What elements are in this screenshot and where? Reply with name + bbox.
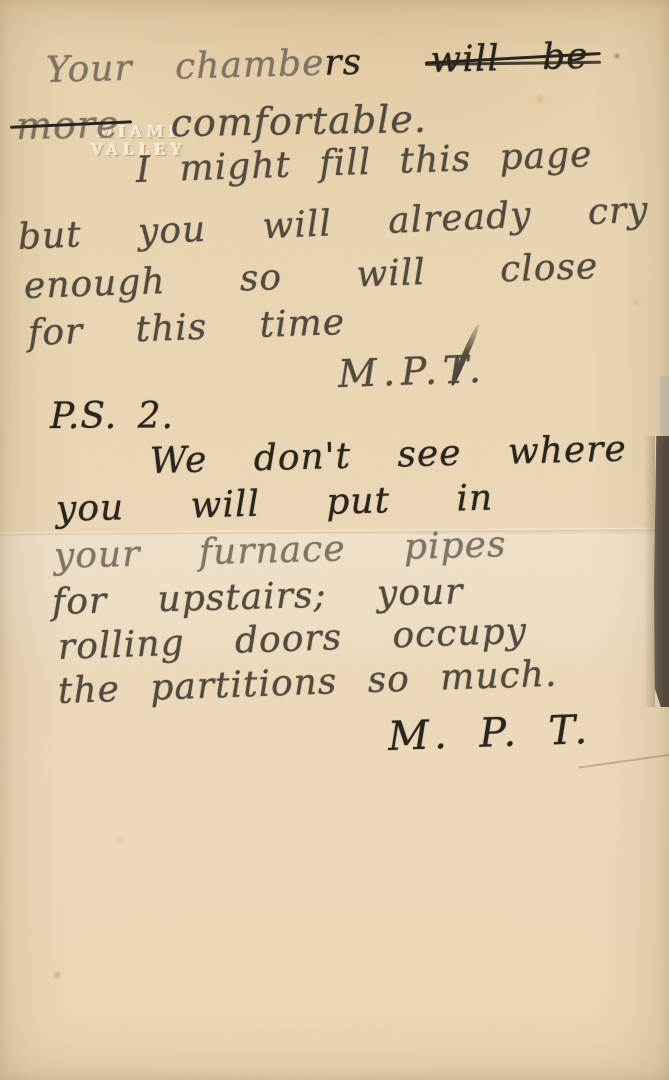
signature-initials: M.P.T.	[337, 347, 487, 396]
letter-page: MIAMI VALLEY Your chambers will be more …	[0, 0, 669, 1080]
handwriting-line: for this time	[27, 302, 345, 354]
signature-initials: M. P. T.	[387, 707, 593, 760]
corner-crease-line	[578, 753, 669, 768]
handwriting-line: more comfortable.	[16, 97, 428, 148]
handwriting-line: your furnace pipes	[53, 524, 506, 577]
paper-edge-shadow	[644, 436, 655, 707]
postscript-heading: P.S. 2.	[50, 396, 174, 437]
line-text: comfortable.	[170, 97, 427, 145]
inserted-correction: rs	[324, 42, 363, 84]
handwriting-line: We don't see where	[149, 429, 627, 482]
handwriting-line: you will put in	[55, 478, 493, 530]
struck-out-words: will be	[430, 36, 589, 81]
dark-backing-strip	[654, 436, 669, 707]
struck-out-word: more	[16, 102, 120, 148]
handwriting-line: enough so will close	[23, 246, 599, 307]
backing-sheet-edge	[660, 376, 669, 440]
handwriting-line: Your chambers will be	[45, 36, 589, 91]
line-text: Your chambe	[45, 43, 324, 91]
